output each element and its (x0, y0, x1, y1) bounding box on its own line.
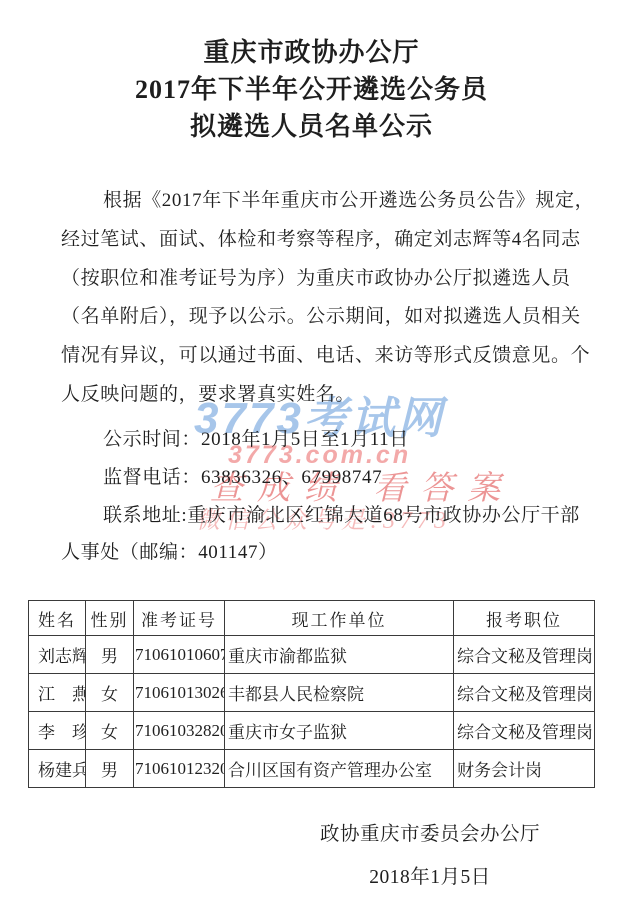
table-cell: 丰都县人民检察院 (225, 674, 454, 712)
table-cell: 江 燕 (29, 674, 86, 712)
contact-info: 公示时间：2018年1月5日至1月11日 监督电话：63836326、67998… (61, 421, 580, 572)
table-cell: 综合文秘及管理岗 (454, 674, 595, 712)
header-name: 姓名 (29, 601, 86, 636)
issue-date: 2018年1月5日 (320, 861, 540, 889)
table-cell: 杨建兵 (29, 750, 86, 788)
text-line: 经过笔试、面试、体检和考察等程序，确定刘志辉等4名同志 (61, 221, 571, 260)
table-header-row: 姓名 性别 准考证号 现工作单位 报考职位 (29, 601, 595, 636)
supervision-phone: 监督电话：63836326、67998747 (61, 459, 580, 497)
table-cell: 男 (86, 750, 134, 788)
header-ticket-no: 准考证号 (134, 601, 225, 636)
table-cell: 重庆市女子监狱 (225, 712, 454, 750)
title-line-2: 2017年下半年公开遴选公务员 (0, 71, 623, 108)
issuing-org: 政协重庆市委员会办公厅 (320, 818, 540, 846)
table-cell: 合川区国有资产管理办公室 (225, 750, 454, 788)
table-cell: 女 (86, 674, 134, 712)
table-cell: 综合文秘及管理岗 (454, 636, 595, 674)
table-cell: 综合文秘及管理岗 (454, 712, 595, 750)
table-row: 江 燕女71061013026丰都县人民检察院综合文秘及管理岗 (29, 674, 595, 712)
text-line: 人反映问题的，要求署真实姓名。 (61, 376, 571, 415)
contact-address-line2: 人事处（邮编：401147） (61, 534, 580, 572)
title-line-1: 重庆市政协办公厅 (0, 34, 623, 71)
table-cell: 李 珍 (29, 712, 86, 750)
table-row: 杨建兵男71061012320合川区国有资产管理办公室财务会计岗 (29, 750, 595, 788)
document-title: 重庆市政协办公厅 2017年下半年公开遴选公务员 拟遴选人员名单公示 (0, 34, 623, 145)
table-cell: 71061013026 (134, 674, 225, 712)
body-paragraph: 根据《2017年下半年重庆市公开遴选公务员公告》规定，经过笔试、面试、体检和考察… (61, 182, 571, 415)
publicity-period: 公示时间：2018年1月5日至1月11日 (61, 421, 580, 459)
table-cell: 刘志辉 (29, 636, 86, 674)
header-work-unit: 现工作单位 (225, 601, 454, 636)
table-cell: 71061010607 (134, 636, 225, 674)
text-line: 根据《2017年下半年重庆市公开遴选公务员公告》规定， (61, 182, 571, 221)
signature-block: 政协重庆市委员会办公厅 2018年1月5日 (320, 818, 540, 889)
announcement-document: 3773考试网 3773.com.cn 查成绩 看答案 微信公众号是:3773 … (0, 0, 623, 903)
header-gender: 性别 (86, 601, 134, 636)
table-cell: 71061032820 (134, 712, 225, 750)
text-line: 情况有异议，可以通过书面、电话、来访等形式反馈意见。个 (61, 337, 571, 376)
title-line-3: 拟遴选人员名单公示 (0, 108, 623, 145)
roster-table-body: 刘志辉男71061010607重庆市渝都监狱综合文秘及管理岗江 燕女710610… (29, 636, 595, 788)
header-position: 报考职位 (454, 601, 595, 636)
table-cell: 重庆市渝都监狱 (225, 636, 454, 674)
text-line: （名单附后），现予以公示。公示期间，如对拟遴选人员相关 (61, 298, 571, 337)
table-cell: 男 (86, 636, 134, 674)
table-row: 李 珍女71061032820重庆市女子监狱综合文秘及管理岗 (29, 712, 595, 750)
table-cell: 女 (86, 712, 134, 750)
candidate-roster: 姓名 性别 准考证号 现工作单位 报考职位 刘志辉男71061010607重庆市… (28, 600, 595, 788)
table-cell: 71061012320 (134, 750, 225, 788)
roster-table: 姓名 性别 准考证号 现工作单位 报考职位 刘志辉男71061010607重庆市… (28, 600, 595, 788)
contact-address-line1: 联系地址:重庆市渝北区红锦大道68号市政协办公厅干部 (61, 497, 580, 535)
table-row: 刘志辉男71061010607重庆市渝都监狱综合文秘及管理岗 (29, 636, 595, 674)
text-line: （按职位和准考证号为序）为重庆市政协办公厅拟遴选人员 (61, 260, 571, 299)
table-cell: 财务会计岗 (454, 750, 595, 788)
